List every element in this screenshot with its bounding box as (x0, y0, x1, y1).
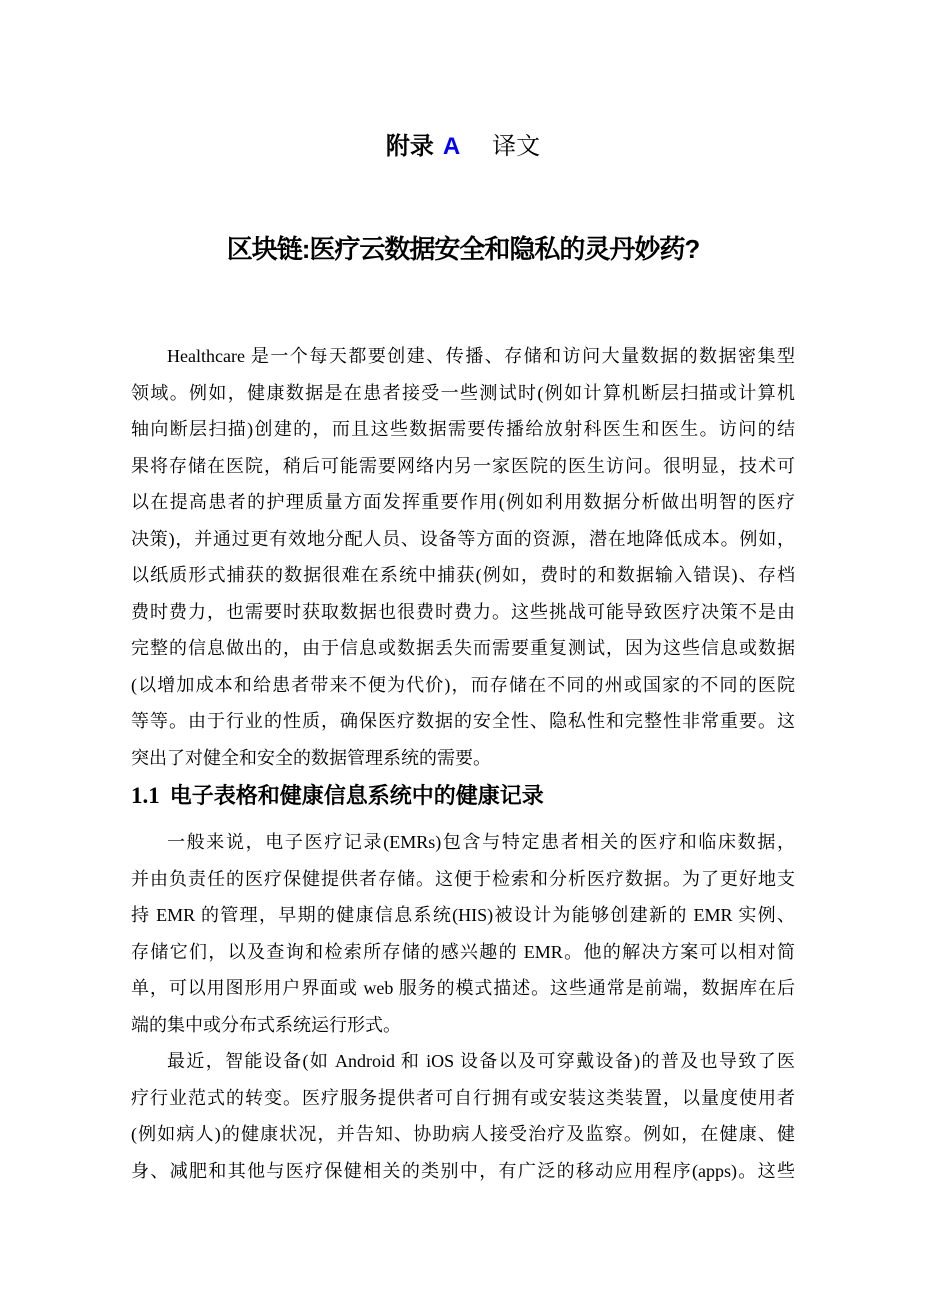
text-line: 领域。例如，健康数据是在患者接受一些测试时(例如计算机断层扫描或计算机 (131, 375, 795, 412)
text-line: 最近，智能设备(如 Android 和 iOS 设备以及可穿戴设备)的普及也导致… (131, 1043, 795, 1080)
text-line: 存储它们，以及查询和检索所存储的感兴趣的 EMR。他的解决方案可以相对简 (131, 934, 795, 971)
text-line: 突出了对健全和安全的数据管理系统的需要。 (131, 740, 795, 777)
text-line: 身、减肥和其他与医疗保健相关的类别中，有广泛的移动应用程序(apps)。这些 (131, 1153, 795, 1190)
appendix-suffix: 译文 (492, 134, 540, 160)
appendix-title: 附录 A 译文 (0, 0, 926, 165)
text-line: 一般来说，电子医疗记录(EMRs)包含与特定患者相关的医疗和临床数据， (131, 824, 795, 861)
text-line: (以增加成本和给患者带来不便为代价)，而存储在不同的州或国家的不同的医院 (131, 667, 795, 704)
section-number: 1.1 (131, 783, 160, 808)
text-line: 完整的信息做出的，由于信息或数据丢失而需要重复测试，因为这些信息或数据 (131, 630, 795, 667)
text-line: 等等。由于行业的性质，确保医疗数据的安全性、隐私性和完整性非常重要。这 (131, 703, 795, 740)
article-title: 区块链:医疗云数据安全和隐私的灵丹妙药? (0, 232, 926, 266)
text-line: 以在提高患者的护理质量方面发挥重要作用(例如利用数据分析做出明智的医疗 (131, 484, 795, 521)
appendix-letter: A (443, 133, 460, 160)
section-title: 电子表格和健康信息系统中的健康记录 (170, 783, 544, 808)
text-line: 端的集中或分布式系统运行形式。 (131, 1007, 795, 1044)
text-line: 果将存储在医院，稍后可能需要网络内另一家医院的医生访问。很明显，技术可 (131, 448, 795, 485)
text-line: 决策)，并通过更有效地分配人员、设备等方面的资源，潜在地降低成本。例如， (131, 521, 795, 558)
text-line: 轴向断层扫描)创建的，而且这些数据需要传播给放射科医生和医生。访问的结 (131, 411, 795, 448)
text-line: 以纸质形式捕获的数据很难在系统中捕获(例如，费时的和数据输入错误)、存档 (131, 557, 795, 594)
paragraph-3: 最近，智能设备(如 Android 和 iOS 设备以及可穿戴设备)的普及也导致… (131, 1043, 795, 1189)
text-line: 并由负责任的医疗保健提供者存储。这便于检索和分析医疗数据。为了更好地支 (131, 861, 795, 898)
text-line: 单，可以用图形用户界面或 web 服务的模式描述。这些通常是前端，数据库在后 (131, 970, 795, 1007)
article-body: Healthcare 是一个每天都要创建、传播、存储和访问大量数据的数据密集型领… (131, 338, 795, 1189)
text-line: Healthcare 是一个每天都要创建、传播、存储和访问大量数据的数据密集型 (131, 338, 795, 375)
text-line: (例如病人)的健康状况，并告知、协助病人接受治疗及监察。例如，在健康、健 (131, 1116, 795, 1153)
paragraph-1: Healthcare 是一个每天都要创建、传播、存储和访问大量数据的数据密集型领… (131, 338, 795, 776)
text-line: 费时费力，也需要时获取数据也很费时费力。这些挑战可能导致医疗决策不是由 (131, 594, 795, 631)
appendix-label: 附录 (386, 133, 434, 160)
text-line: 持 EMR 的管理，早期的健康信息系统(HIS)被设计为能够创建新的 EMR 实… (131, 897, 795, 934)
text-line: 疗行业范式的转变。医疗服务提供者可自行拥有或安装这类装置，以量度使用者 (131, 1080, 795, 1117)
document-page: 附录 A 译文 区块链:医疗云数据安全和隐私的灵丹妙药? Healthcare … (0, 0, 926, 1309)
paragraph-2: 一般来说，电子医疗记录(EMRs)包含与特定患者相关的医疗和临床数据，并由负责任… (131, 824, 795, 1043)
section-heading: 1.1电子表格和健康信息系统中的健康记录 (131, 776, 795, 816)
